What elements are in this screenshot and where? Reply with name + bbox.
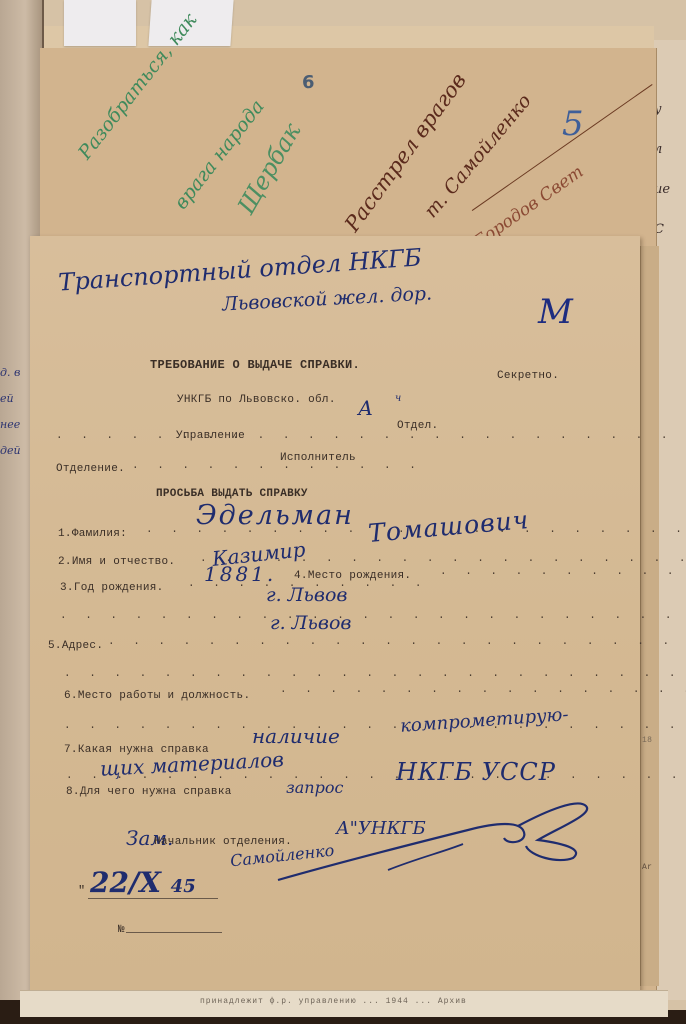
field-name-label: 2.Имя и отчество. (58, 556, 175, 568)
field-number: 1. (58, 528, 72, 540)
field-number: 5. (48, 640, 62, 652)
dotted-leader: . . . . . . . . . . . . . . . . . . . . … (108, 636, 686, 648)
dotted-leader: . . . . . . . . . . . . . . . . . . . . … (64, 720, 686, 732)
bookmark-tab[interactable] (64, 0, 136, 46)
executor-label: Исполнитель (280, 452, 356, 464)
field-birth-year-label: 3.Год рождения. (60, 582, 164, 594)
date-underline (88, 898, 218, 899)
dotted-leader: . . . . . . . . . . . . . . . . . . . . … (64, 668, 686, 680)
signature-scrawl (268, 800, 598, 890)
department-label: Отдел. (397, 420, 438, 432)
classification-label: Секретно. (497, 370, 559, 382)
field-surname-label: 1.Фамилия: (58, 528, 127, 540)
adjacent-page-handwriting: у л ие С (654, 90, 684, 250)
bottom-edge-text: принадлежит ф.р. управлению ... 1944 ...… (200, 997, 467, 1006)
date-year: 45 (171, 876, 196, 897)
side-mark: 18 (642, 736, 652, 745)
field-label-text: Имя и отчество. (72, 556, 176, 568)
field-surname-value: Эдельман (196, 500, 354, 531)
field-number: 3. (60, 582, 74, 594)
field-label-text: Для чего нужна справка (80, 786, 232, 798)
field-label-text: Фамилия: (72, 528, 127, 540)
field-birth-year-value: 1881. (204, 562, 276, 586)
request-title: ПРОСЬБА ВЫДАТЬ СПРАВКУ (156, 488, 308, 500)
field-workplace-label: 6.Место работы и должность. (64, 690, 250, 702)
dotted-leader: . . . . . . . . . . . . . . . . . . . . … (280, 684, 686, 696)
agency-handwritten: А (358, 396, 373, 420)
blue-mark: 5 (562, 104, 584, 144)
field-number: 8. (66, 786, 80, 798)
adjacent-text: ие (654, 170, 684, 210)
agency-handwritten-sup: ч (395, 393, 401, 404)
field-address-label: 5.Адрес. (48, 640, 103, 652)
field-number: 4. (294, 570, 308, 582)
dotted-leader: . . . . . . . . . . . . . . . . . . . . … (60, 610, 686, 622)
agency-line: УНКГБ по Львовско. обл. (177, 394, 336, 406)
stamp-number: 6 (302, 72, 315, 93)
side-mark: Ar (642, 863, 652, 872)
field-birthplace-label: 4.Место рождения. (294, 570, 411, 582)
field-number: 7. (64, 744, 78, 756)
field-address-value: г. Львов (270, 612, 351, 634)
number-line (126, 932, 222, 933)
field-birthplace-value: г. Львов (266, 584, 347, 606)
adjacent-text: С (654, 210, 684, 250)
date-handwritten: 22/X 45 (90, 866, 196, 899)
field-label-text: Год рождения. (74, 582, 164, 594)
directorate-label: Управление (176, 430, 245, 442)
field-purpose-value-small: запрос (286, 778, 343, 797)
field-certificate-type-value: наличие (252, 724, 340, 748)
field-number: 6. (64, 690, 78, 702)
number-label: № (118, 924, 125, 936)
adjacent-text: л (654, 130, 684, 170)
adjacent-text: у (654, 90, 684, 130)
dotted-leader: . . . . . . . . . . . (440, 566, 686, 578)
handwritten-mark: М (538, 292, 573, 332)
dotted-leader: . . . . . . . . . . . . . . . . . . . . … (66, 770, 686, 782)
field-label-text: Адрес. (62, 640, 103, 652)
dotted-leader: . . . . . . . . . . . . (132, 460, 422, 472)
field-purpose-label: 8.Для чего нужна справка (66, 786, 232, 798)
date-open-quote: " (78, 884, 86, 898)
date-day-month: 22/X (90, 866, 161, 899)
field-number: 2. (58, 556, 72, 568)
form-title: ТРЕБОВАНИЕ О ВЫДАЧЕ СПРАВКИ. (150, 358, 360, 372)
section-label: Отделение. (56, 463, 125, 475)
field-purpose-value: НКГБ УССР (396, 758, 556, 786)
field-label-text: Место рождения. (308, 570, 412, 582)
dotted-leader: . . . . . . . . . . . . . . . . . . . . … (56, 430, 686, 442)
field-label-text: Место работы и должность. (78, 690, 251, 702)
